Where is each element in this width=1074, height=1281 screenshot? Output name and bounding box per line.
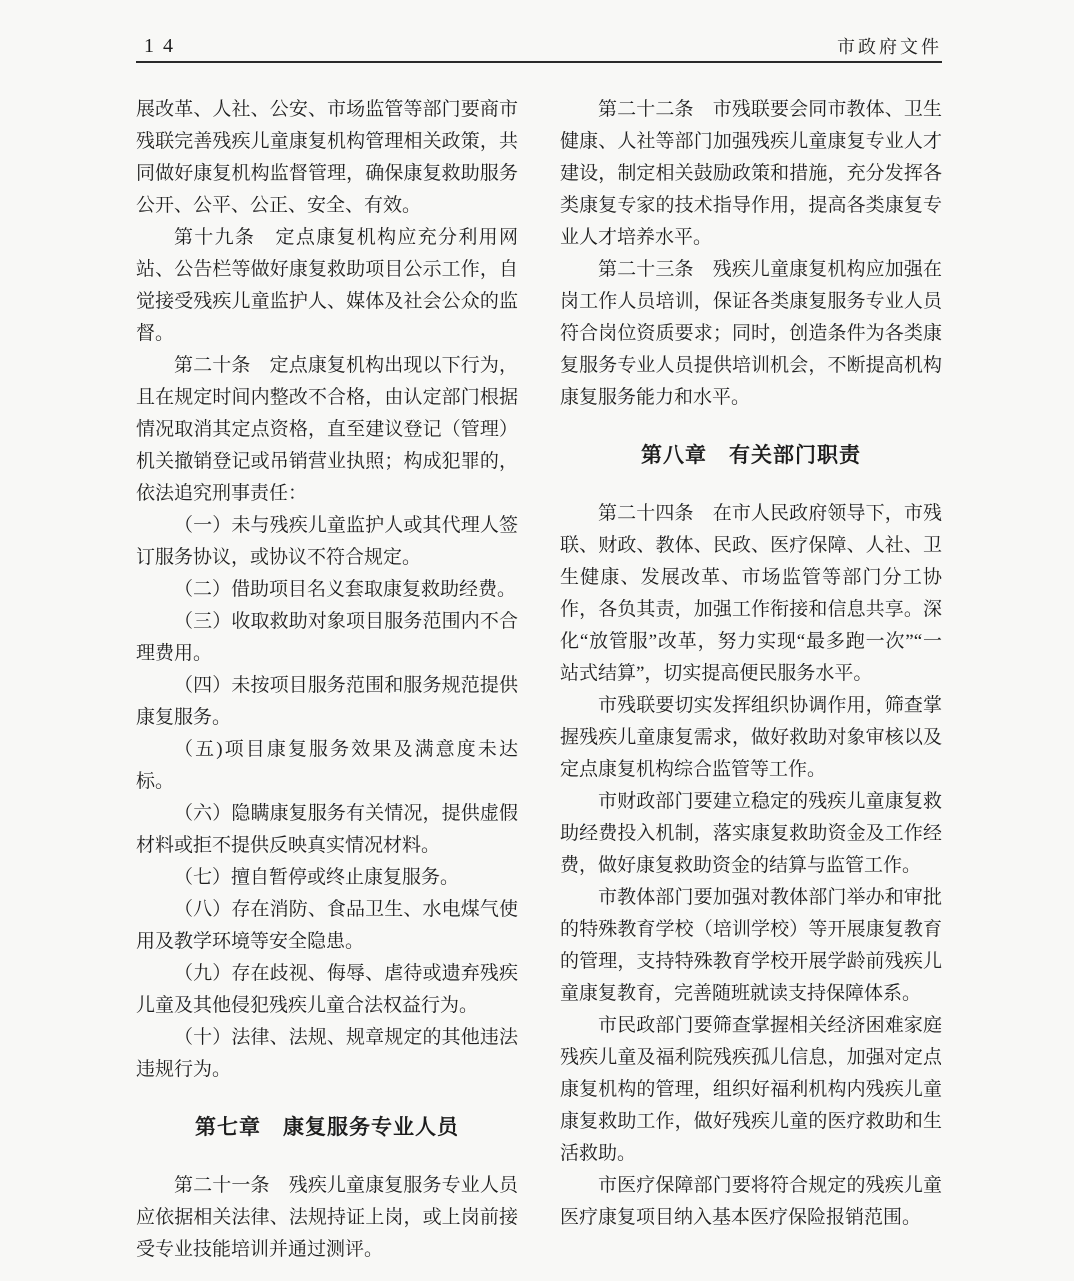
paragraph: 市医疗保障部门要将符合规定的残疾儿童医疗康复项目纳入基本医疗保险报销范围。	[560, 1170, 942, 1234]
paragraph: 第十九条 定点康复机构应充分利用网站、公告栏等做好康复救助项目公示工作，自觉接受…	[136, 222, 518, 350]
paragraph: 市民政部门要筛查掌握相关经济困难家庭残疾儿童及福利院残疾孤儿信息，加强对定点康复…	[560, 1010, 942, 1170]
paragraph: （七）擅自暂停或终止康复服务。	[136, 862, 518, 894]
paragraph: 第二十三条 残疾儿童康复机构应加强在岗工作人员培训，保证各类康复服务专业人员符合…	[560, 254, 942, 414]
paragraph: （十）法律、法规、规章规定的其他违法违规行为。	[136, 1022, 518, 1086]
chapter-heading: 第八章 有关部门职责	[560, 440, 942, 472]
paragraph: （一）未与残疾儿童监护人或其代理人签订服务协议，或协议不符合规定。	[136, 510, 518, 574]
paragraph: （五)项目康复服务效果及满意度未达标。	[136, 734, 518, 798]
paragraph: 展改革、人社、公安、市场监管等部门要商市残联完善残疾儿童康复机构管理相关政策，共…	[136, 94, 518, 222]
paragraph: （九）存在歧视、侮辱、虐待或遗弃残疾儿童及其他侵犯残疾儿童合法权益行为。	[136, 958, 518, 1022]
paragraph: 市残联要切实发挥组织协调作用，筛查掌握残疾儿童康复需求，做好救助对象审核以及定点…	[560, 690, 942, 786]
paragraph: （三）收取救助对象项目服务范围内不合理费用。	[136, 606, 518, 670]
paragraph: （四）未按项目服务范围和服务规范提供康复服务。	[136, 670, 518, 734]
page-number: 14	[136, 36, 182, 56]
paragraph: （六）隐瞒康复服务有关情况，提供虚假材料或拒不提供反映真实情况材料。	[136, 798, 518, 862]
paragraph: 市教体部门要加强对教体部门举办和审批的特殊教育学校（培训学校）等开展康复教育的管…	[560, 882, 942, 1010]
left-column: 展改革、人社、公安、市场监管等部门要商市残联完善残疾儿童康复机构管理相关政策，共…	[136, 94, 518, 1266]
paragraph: 市财政部门要建立稳定的残疾儿童康复救助经费投入机制，落实康复救助资金及工作经费，…	[560, 786, 942, 882]
paragraph: 第二十四条 在市人民政府领导下，市残联、财政、教体、民政、医疗保障、人社、卫生健…	[560, 498, 942, 690]
page-body: 展改革、人社、公安、市场监管等部门要商市残联完善残疾儿童康复机构管理相关政策，共…	[136, 94, 942, 1266]
paragraph: 第二十二条 市残联要会同市教体、卫生健康、人社等部门加强残疾儿童康复专业人才建设…	[560, 94, 942, 254]
paragraph: （八）存在消防、食品卫生、水电煤气使用及教学环境等安全隐患。	[136, 894, 518, 958]
document-page: 14 市政府文件 展改革、人社、公安、市场监管等部门要商市残联完善残疾儿童康复机…	[0, 0, 1074, 1281]
paragraph: （二）借助项目名义套取康复救助经费。	[136, 574, 518, 606]
page-header: 14 市政府文件	[136, 36, 942, 63]
paragraph: 第二十条 定点康复机构出现以下行为，且在规定时间内整改不合格，由认定部门根据情况…	[136, 350, 518, 510]
paragraph: 第二十一条 残疾儿童康复服务专业人员应依据相关法律、法规持证上岗，或上岗前接受专…	[136, 1170, 518, 1266]
right-column: 第二十二条 市残联要会同市教体、卫生健康、人社等部门加强残疾儿童康复专业人才建设…	[560, 94, 942, 1266]
chapter-heading: 第七章 康复服务专业人员	[136, 1112, 518, 1144]
header-doc-type: 市政府文件	[837, 38, 942, 56]
